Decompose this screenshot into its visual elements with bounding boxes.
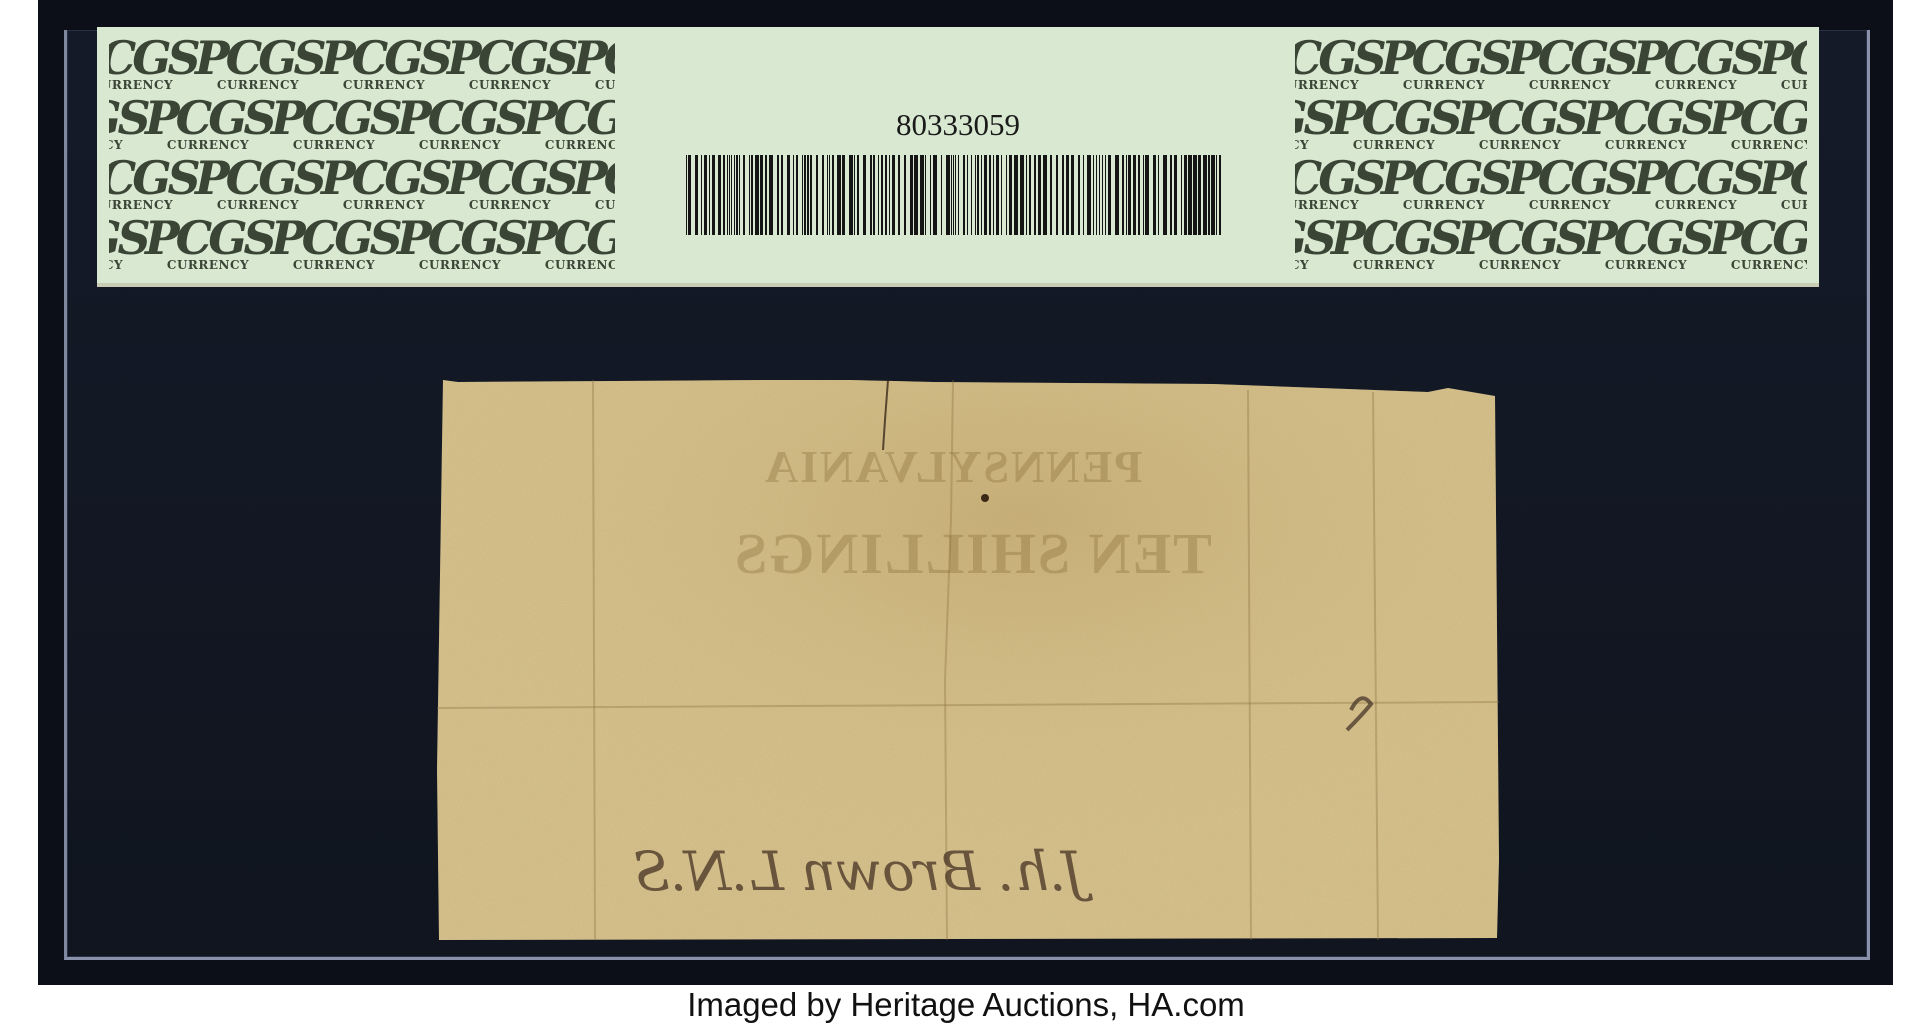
pcgs-logo: PCGSCURRENCY: [109, 217, 145, 271]
pcgs-logo: PCGSCURRENCY: [321, 157, 447, 211]
logo-row: PCGSCURRENCYPCGSCURRENCYPCGSCURRENCYPCGS…: [109, 37, 615, 94]
pcgs-logo: PCGSCURRENCY: [1633, 157, 1759, 211]
pcgs-logo: PCGSCURRENCY: [1709, 217, 1807, 271]
pcgs-logo: PCGSCURRENCY: [447, 157, 573, 211]
pcgs-logo: PCGSCURRENCY: [523, 217, 615, 271]
pcgs-logo: PCGSCURRENCY: [1331, 97, 1457, 151]
pcgs-logo: PCGSCURRENCY: [1633, 37, 1759, 91]
logo-pattern-right: PCGSCURRENCYPCGSCURRENCYPCGSCURRENCYPCGS…: [1295, 33, 1807, 277]
pcgs-logo: PCGSCURRENCY: [1295, 97, 1331, 151]
pcgs-logo: PCGSCURRENCY: [1381, 37, 1507, 91]
pcgs-logo: PCGSCURRENCY: [1507, 157, 1633, 211]
logo-pattern-left: PCGSCURRENCYPCGSCURRENCYPCGSCURRENCYPCGS…: [109, 33, 615, 277]
logo-row: PCGSCURRENCYPCGSCURRENCYPCGSCURRENCYPCGS…: [1295, 37, 1807, 94]
pcgs-logo: PCGSCURRENCY: [1583, 97, 1709, 151]
signature: J.h. Brown L.N.S: [633, 840, 1084, 903]
image-credit: Imaged by Heritage Auctions, HA.com: [0, 985, 1932, 1025]
pcgs-logo: PCGSCURRENCY: [1381, 157, 1507, 211]
pcgs-logo: PCGSCURRENCY: [145, 217, 271, 271]
grading-label: PCGSCURRENCYPCGSCURRENCYPCGSCURRENCYPCGS…: [97, 27, 1819, 287]
pcgs-logo: PCGSCURRENCY: [195, 37, 321, 91]
pcgs-logo: PCGSCURRENCY: [1759, 157, 1807, 211]
pcgs-logo: PCGSCURRENCY: [1583, 217, 1709, 271]
logo-row: PCGSCURRENCYPCGSCURRENCYPCGSCURRENCYPCGS…: [109, 157, 615, 214]
pcgs-logo: PCGSCURRENCY: [1507, 37, 1633, 91]
barcode: [686, 155, 1222, 235]
pcgs-logo: PCGSCURRENCY: [397, 217, 523, 271]
pcgs-logo: PCGSCURRENCY: [195, 157, 321, 211]
pcgs-logo: PCGSCURRENCY: [1295, 157, 1381, 211]
pcgs-logo: PCGSCURRENCY: [573, 37, 615, 91]
logo-row: PCGSCURRENCYPCGSCURRENCYPCGSCURRENCYPCGS…: [1295, 157, 1807, 214]
bleed-through-line-2: TEN SHILLINGS: [733, 520, 1212, 587]
logo-row: PCGSCURRENCYPCGSCURRENCYPCGSCURRENCYPCGS…: [1295, 217, 1807, 274]
pcgs-logo: PCGSCURRENCY: [1295, 37, 1381, 91]
pcgs-logo: PCGSCURRENCY: [447, 37, 573, 91]
pcgs-logo: PCGSCURRENCY: [1709, 97, 1807, 151]
bleed-through-line-1: PENNSYLVANIA: [763, 440, 1142, 493]
pcgs-logo: PCGSCURRENCY: [1457, 97, 1583, 151]
pcgs-logo: PCGSCURRENCY: [1331, 217, 1457, 271]
pcgs-logo: PCGSCURRENCY: [1457, 217, 1583, 271]
logo-row: PCGSCURRENCYPCGSCURRENCYPCGSCURRENCYPCGS…: [109, 217, 615, 274]
pcgs-logo: PCGSCURRENCY: [109, 157, 195, 211]
pcgs-logo: PCGSCURRENCY: [573, 157, 615, 211]
pcgs-logo: PCGSCURRENCY: [109, 37, 195, 91]
pcgs-logo: PCGSCURRENCY: [1295, 217, 1331, 271]
logo-row: PCGSCURRENCYPCGSCURRENCYPCGSCURRENCYPCGS…: [1295, 97, 1807, 154]
pcgs-logo: PCGSCURRENCY: [271, 217, 397, 271]
pcgs-logo: PCGSCURRENCY: [1759, 37, 1807, 91]
banknote: PENNSYLVANIA TEN SHILLINGS J.h. Brown L.…: [433, 380, 1501, 940]
pcgs-logo: PCGSCURRENCY: [321, 37, 447, 91]
